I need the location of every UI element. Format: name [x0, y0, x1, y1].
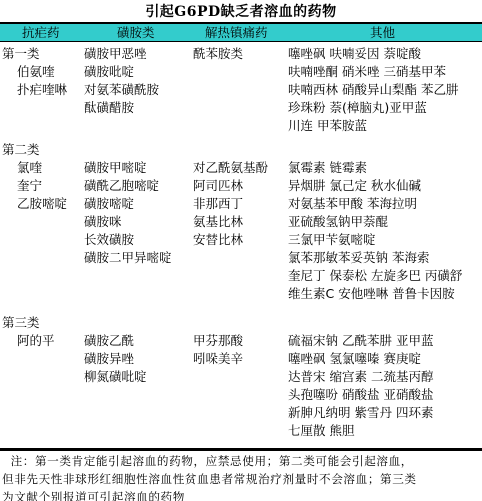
other-drugs-line: 硫福宋钠 乙酰苯肼 亚甲蓝: [288, 332, 433, 350]
footnote-line: 注：第一类肯定能引起溶血的药物，应禁忌使用；第二类可能会引起溶血，: [2, 452, 480, 470]
antimalarial-item: 氯喹: [17, 159, 42, 177]
other-drugs-line: 噻唑砜 氢氯噻嗪 赛庚啶: [288, 350, 421, 368]
other-drugs-line: 氯苯那敏苯妥英钠 苯海索: [288, 249, 429, 267]
other-drugs-line: 川连 甲苯胺蓝: [288, 117, 367, 135]
antipyretic-item: 酰苯胺类: [193, 45, 243, 63]
page-title: 引起G6PD缺乏者溶血的药物: [0, 3, 482, 21]
other-drugs-line: 对氨基苯甲酸 苯海拉明: [288, 195, 417, 213]
antimalarial-item: 乙胺嘧啶: [17, 195, 67, 213]
other-drugs-line: 七厘散 熊胆: [288, 422, 354, 440]
other-drugs-line: 噻唑砜 呋喃妥因 萘啶酸: [288, 45, 421, 63]
sulfonamide-item: 磺胺甲恶唑: [84, 45, 147, 63]
other-drugs-line: 呋喃西林 硝酸异山梨酯 苯乙肼: [288, 81, 458, 99]
bottom-rule-divider: [0, 448, 482, 451]
footnote-line: 为文献个别报道可引起溶血的药物: [2, 488, 480, 501]
antimalarial-item: 奎宁: [17, 177, 42, 195]
antipyretic-item: 吲哚美辛: [193, 350, 243, 368]
footnote-line: 但非先天性非球形红细胞性溶血性贫血患者常规治疗剂量时不会溶血；第三类: [2, 470, 480, 488]
antipyretic-item: 非那西丁: [193, 195, 243, 213]
sulfonamide-item: 磺胺嘧啶: [84, 195, 134, 213]
table-header: 抗疟药 磺胺类 解热镇痛药 其他: [0, 24, 482, 42]
sulfonamide-item: 磺胺乙酰: [84, 332, 134, 350]
antipyretic-item: 安替比林: [193, 231, 243, 249]
other-drugs-line: 新胂凡纳明 紫雪丹 四环素: [288, 404, 433, 422]
column-header-others: 其他: [370, 24, 395, 41]
column-header-antimalarial: 抗疟药: [22, 24, 60, 41]
sulfonamide-item: 磺胺吡啶: [84, 63, 134, 81]
antipyretic-item: 氨基比林: [193, 213, 243, 231]
sulfonamide-item: 磺胺咪: [84, 213, 122, 231]
sulfonamide-item: 磺胺二甲异嘧啶: [84, 249, 172, 267]
sulfonamide-item: 酞磺醋胺: [84, 99, 134, 117]
sulfonamide-item: 柳氮磺吡啶: [84, 368, 147, 386]
column-header-antipyretics: 解热镇痛药: [205, 24, 268, 41]
sulfonamide-item: 磺酰乙胞嘧啶: [84, 177, 159, 195]
footnote: 注：第一类肯定能引起溶血的药物，应禁忌使用；第二类可能会引起溶血， 但非先天性非…: [2, 452, 480, 501]
antimalarial-item: 阿的平: [17, 332, 55, 350]
antipyretic-item: 对乙酰氨基酚: [193, 159, 268, 177]
sulfonamide-item: 对氨苯磺酰胺: [84, 81, 159, 99]
sulfonamide-item: 磺胺甲嘧啶: [84, 159, 147, 177]
sulfonamide-item: 长效磺胺: [84, 231, 134, 249]
other-drugs-line: 头孢噻吩 硝酸盐 亚硝酸盐: [288, 386, 433, 404]
other-drugs-line: 三氯甲苄氨嘧啶: [288, 231, 376, 249]
section-label: 第一类: [2, 45, 40, 63]
other-drugs-line: 异烟肼 氯己定 秋水仙碱: [288, 177, 421, 195]
other-drugs-line: 维生素C 安他唑啉 普鲁卡因胺: [288, 285, 455, 303]
other-drugs-line: 氯霉素 链霉素: [288, 159, 367, 177]
antipyretic-item: 阿司匹林: [193, 177, 243, 195]
other-drugs-line: 达普宋 缩宫素 二巯基丙醇: [288, 368, 433, 386]
other-drugs-line: 亚硫酸氢钠甲萘醌: [288, 213, 388, 231]
other-drugs-line: 奎尼丁 保泰松 左旋多巴 丙磺舒: [288, 267, 462, 285]
other-drugs-line: 呋喃唑酮 硝米唑 三硝基甲苯: [288, 63, 446, 81]
antipyretic-item: 甲芬那酸: [193, 332, 243, 350]
section-label: 第二类: [2, 141, 40, 159]
section-label: 第三类: [2, 314, 40, 332]
other-drugs-line: 珍珠粉 萘(樟脑丸)亚甲蓝: [288, 99, 427, 117]
column-header-sulfonamides: 磺胺类: [117, 24, 155, 41]
antimalarial-item: 伯氨喹: [17, 63, 55, 81]
antimalarial-item: 扑疟喹啉: [17, 81, 67, 99]
table-body: 第一类 伯氨喹 扑疟喹啉 磺胺甲恶唑 磺胺吡啶 对氨苯磺酰胺 酞磺醋胺 酰苯胺类…: [0, 42, 482, 448]
sulfonamide-item: 磺胺异唑: [84, 350, 134, 368]
